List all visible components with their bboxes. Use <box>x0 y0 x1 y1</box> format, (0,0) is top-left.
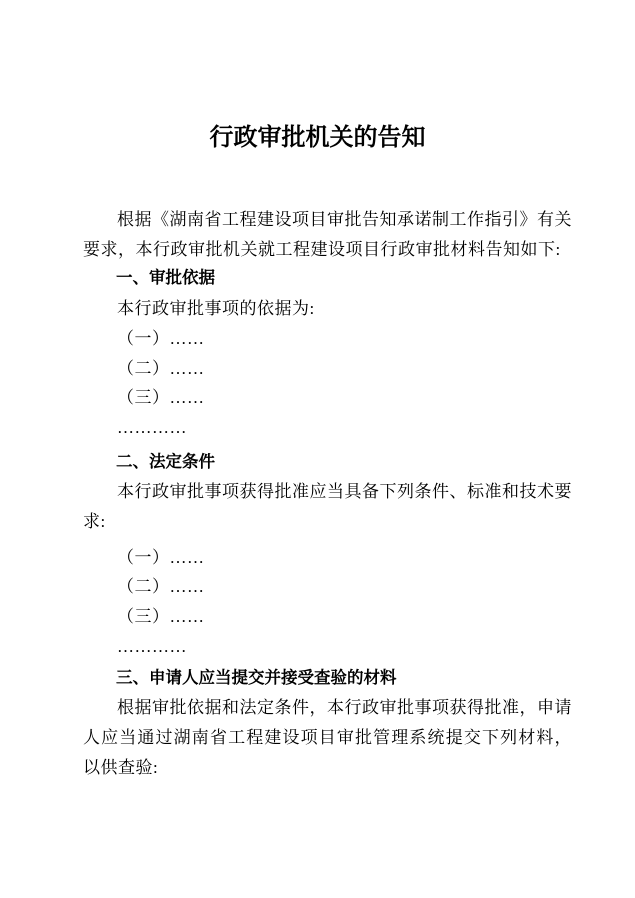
heading-legal-conditions: 二、法定条件 <box>83 448 572 478</box>
document-body: 根据《湖南省工程建设项目审批告知承诺制工作指引》有关要求，本行政审批机关就工程建… <box>83 205 572 782</box>
conditions-item-3: （三）…… <box>83 602 572 632</box>
paragraph-basis-lead: 本行政审批事项的依据为: <box>83 294 572 324</box>
paragraph-materials-lead: 根据审批依据和法定条件，本行政审批事项获得批准，申请人应当通过湖南省工程建设项目… <box>83 693 572 782</box>
paragraph-conditions-lead: 本行政审批事项获得批准应当具备下列条件、标准和技术要求: <box>83 477 572 536</box>
heading-approval-basis: 一、审批依据 <box>83 264 572 294</box>
document-title: 行政审批机关的告知 <box>0 122 635 155</box>
conditions-item-1: （一）…… <box>83 543 572 573</box>
conditions-item-2: （二）…… <box>83 572 572 602</box>
basis-item-2: （二）…… <box>83 354 572 384</box>
basis-item-3: （三）…… <box>83 383 572 413</box>
document-page: 行政审批机关的告知 根据《湖南省工程建设项目审批告知承诺制工作指引》有关要求，本… <box>0 0 635 898</box>
basis-item-1: （一）…… <box>83 324 572 354</box>
paragraph-intro: 根据《湖南省工程建设项目审批告知承诺制工作指引》有关要求，本行政审批机关就工程建… <box>83 205 572 264</box>
conditions-ellipsis-line: ………… <box>83 632 572 662</box>
heading-materials: 三、申请人应当提交并接受查验的材料 <box>83 664 572 694</box>
basis-ellipsis-line: ………… <box>83 413 572 443</box>
